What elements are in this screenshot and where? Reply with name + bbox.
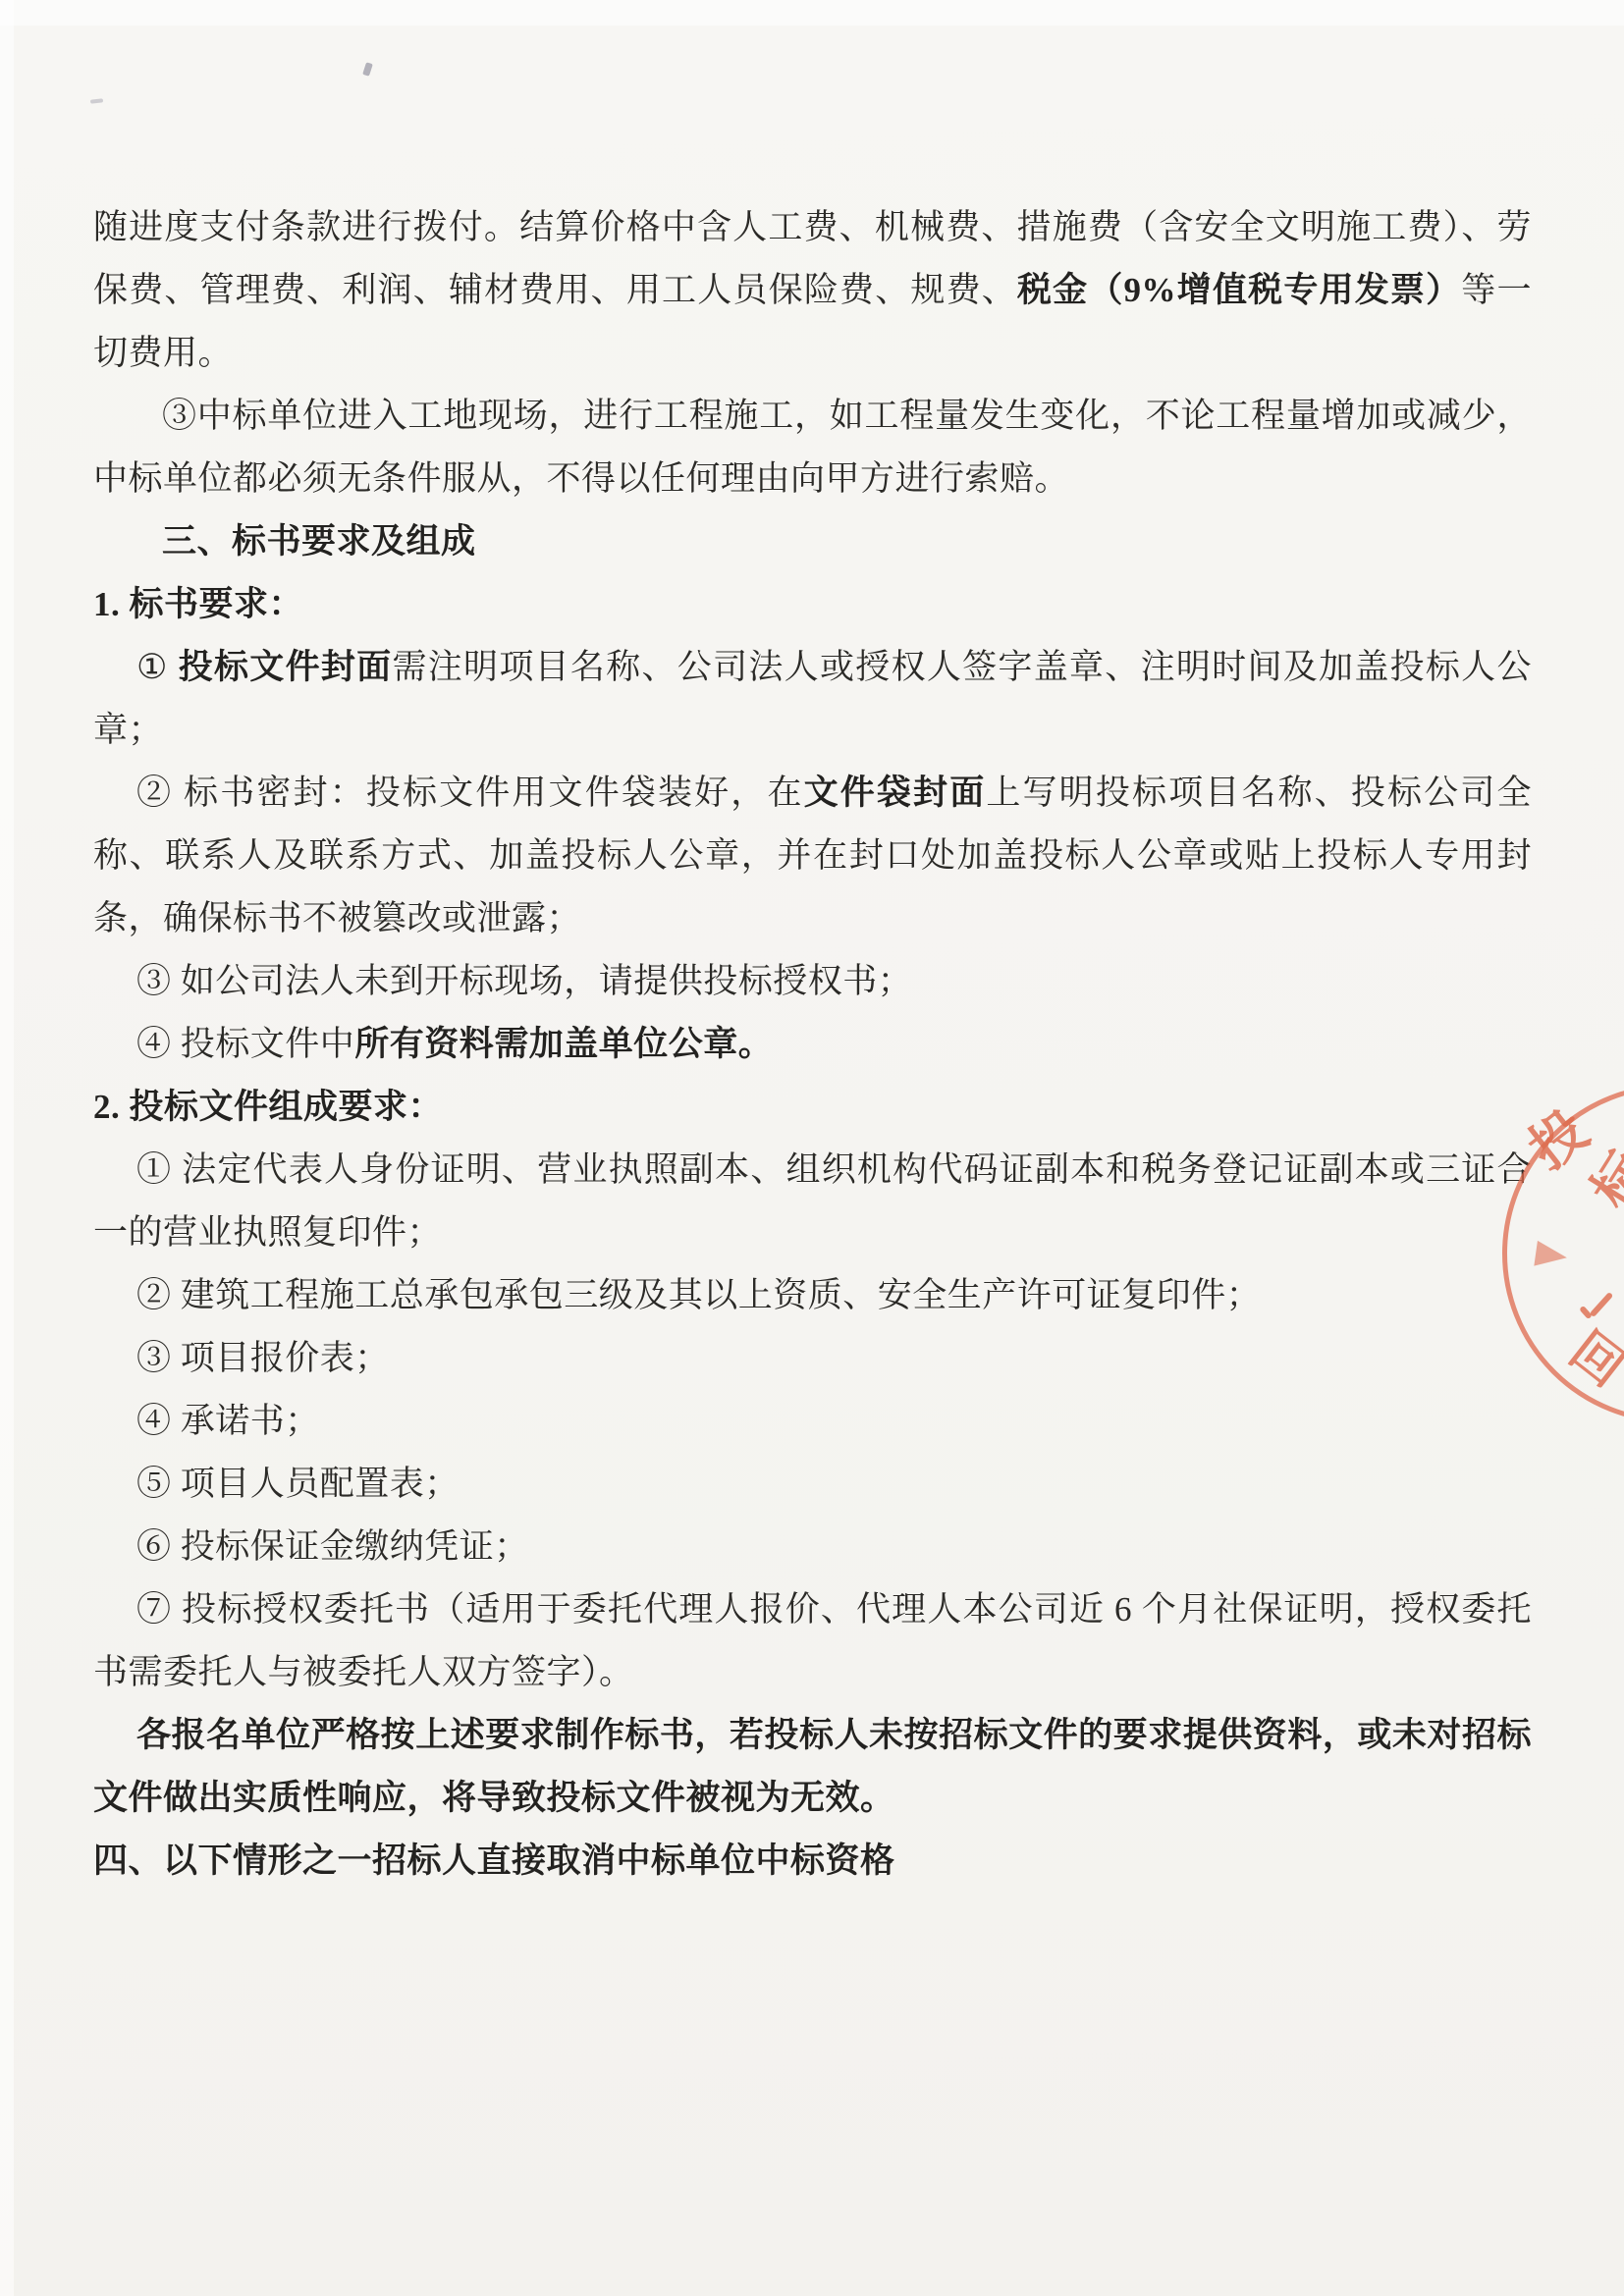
text-run: ① 法定代表人身份证明、营业执照副本、组织机构代码证副本和税务登记证副本或三证合… xyxy=(93,1150,1532,1252)
r1-i1: ① 投标文件封面需注明项目名称、公司法人或授权人签字盖章、注明时间及加盖投标人公… xyxy=(93,636,1532,762)
r2-i5: ⑤ 项目人员配置表； xyxy=(93,1453,1532,1516)
text-run: ① xyxy=(136,648,179,686)
text-run: ⑦ 投标授权委托书（适用于委托代理人报价、代理人本公司近 6 个月社保证明，授权… xyxy=(93,1590,1532,1691)
text-run: 1. 标书要求： xyxy=(93,585,303,623)
text-run: ④ 承诺书； xyxy=(136,1402,320,1440)
text-run: ⑤ 项目人员配置表； xyxy=(136,1465,460,1503)
text-run: ⑥ 投标保证金缴纳凭证； xyxy=(136,1527,529,1566)
text-run: 各报名单位严格按上述要求制作标书，若投标人未按招标文件的要求提供资料，或未对招标… xyxy=(93,1716,1532,1817)
r1-i4: ④ 投标文件中所有资料需加盖单位公章。 xyxy=(93,1013,1532,1076)
stamp-star-fragment xyxy=(1534,1241,1568,1270)
document-page: 随进度支付条款进行拨付。结算价格中含人工费、机械费、措施费（含安全文明施工费）、… xyxy=(0,0,1624,2296)
r2-i6: ⑥ 投标保证金缴纳凭证； xyxy=(93,1516,1532,1578)
bid-stamp: 投 标 回 xyxy=(1492,1068,1624,1441)
sec4-heading: 四、以下情形之一招标人直接取消中标单位中标资格 xyxy=(93,1830,1532,1893)
text-run: 所有资料需加盖单位公章。 xyxy=(354,1025,773,1063)
req2-heading: 2. 投标文件组成要求： xyxy=(93,1076,1532,1139)
sec3-heading: 三、标书要求及组成 xyxy=(93,510,1532,573)
r1-i3: ③ 如公司法人未到开标现场，请提供投标授权书； xyxy=(93,950,1532,1013)
r2-i2: ② 建筑工程施工总承包承包三级及其以上资质、安全生产许可证复印件； xyxy=(93,1264,1532,1327)
text-run: ③ 如公司法人未到开标现场，请提供投标授权书； xyxy=(136,962,912,1000)
scan-artifact xyxy=(362,62,373,77)
text-run: 三、标书要求及组成 xyxy=(162,522,476,561)
final-warning: 各报名单位严格按上述要求制作标书，若投标人未按招标文件的要求提供资料，或未对招标… xyxy=(93,1704,1532,1830)
text-run: ② 标书密封：投标文件用文件袋装好，在 xyxy=(136,774,804,812)
text-run: 文件袋封面 xyxy=(804,774,987,812)
text-run: 四、以下情形之一招标人直接取消中标单位中标资格 xyxy=(93,1842,895,1880)
change-clause: ③中标单位进入工地现场，进行工程施工，如工程量发生变化，不论工程量增加或减少，中… xyxy=(93,385,1532,510)
text-run: ④ 投标文件中 xyxy=(136,1025,354,1063)
text-run: 税金（9%增值税专用发票） xyxy=(1017,271,1461,309)
r2-i7: ⑦ 投标授权委托书（适用于委托代理人报价、代理人本公司近 6 个月社保证明，授权… xyxy=(93,1578,1532,1704)
scan-edge xyxy=(0,0,14,2296)
scan-artifact xyxy=(90,98,103,103)
text-run: ② 建筑工程施工总承包承包三级及其以上资质、安全生产许可证复印件； xyxy=(136,1276,1261,1314)
text-run: ③ 项目报价表； xyxy=(136,1339,390,1377)
r2-i4: ④ 承诺书； xyxy=(93,1390,1532,1453)
text-run: ③中标单位进入工地现场，进行工程施工，如工程量发生变化，不论工程量增加或减少，中… xyxy=(93,397,1532,498)
cont-payment: 随进度支付条款进行拨付。结算价格中含人工费、机械费、措施费（含安全文明施工费）、… xyxy=(93,196,1532,385)
scan-edge xyxy=(0,0,1624,26)
r1-i2: ② 标书密封：投标文件用文件袋装好，在文件袋封面上写明投标项目名称、投标公司全称… xyxy=(93,762,1532,950)
text-run: 投标文件封面 xyxy=(179,648,393,686)
r2-i1: ① 法定代表人身份证明、营业执照副本、组织机构代码证副本和税务登记证副本或三证合… xyxy=(93,1139,1532,1264)
document-body: 随进度支付条款进行拨付。结算价格中含人工费、机械费、措施费（含安全文明施工费）、… xyxy=(93,196,1532,1893)
r2-i3: ③ 项目报价表； xyxy=(93,1327,1532,1390)
text-run: 2. 投标文件组成要求： xyxy=(93,1088,443,1126)
req1-heading: 1. 标书要求： xyxy=(93,573,1532,636)
